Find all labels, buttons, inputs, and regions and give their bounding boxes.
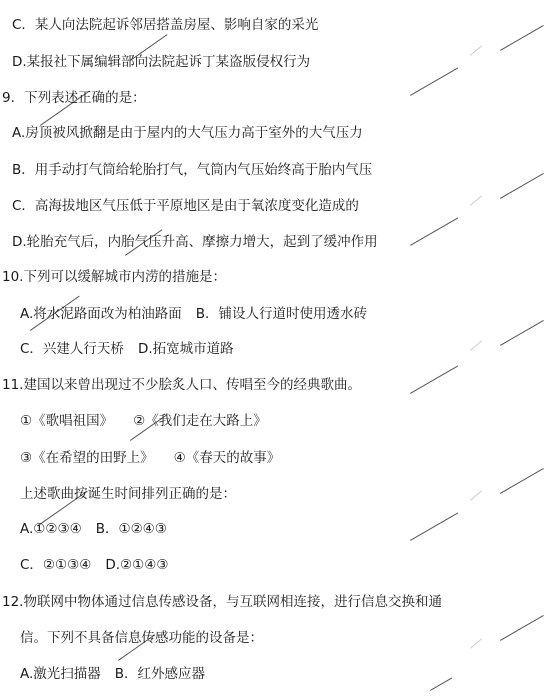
q11-songs-row2: ③《在希望的田野上》④《春天的故事》 [20, 449, 280, 467]
q10-option-c: C．兴建人行天桥 [20, 341, 124, 357]
q11-stem: 11.建国以来曾出现过不少脍炙人口、传唱至今的经典歌曲。 [2, 376, 361, 394]
q8-option-c: C．某人向法院起诉邻居搭盖房屋、影响自家的采光 [12, 16, 318, 34]
q12-option-a: A.激光扫描器 [20, 666, 101, 682]
q11-song-3: ③《在希望的田野上》 [20, 450, 154, 466]
q10-options-ab: A.将水泥路面改为柏油路面B．铺设人行道时使用透水砖 [20, 305, 367, 323]
q11-song-2: ②《我们走在大路上》 [133, 413, 267, 429]
q11-prompt: 上述歌曲按诞生时间排列正确的是： [20, 485, 236, 503]
watermark-stroke [430, 678, 452, 691]
q9-option-b: B．用手动打气筒给轮胎打气，气筒内气压始终高于胎内气压 [12, 161, 372, 179]
q11-option-b: B．①②④③ [96, 521, 167, 537]
q9-stem: 9．下列表述正确的是： [2, 89, 146, 107]
q8-option-d: D.某报社下属编辑部向法院起诉丁某盗版侵权行为 [12, 53, 310, 71]
q11-options-ab: A.①②③④B．①②④③ [20, 520, 167, 538]
watermark-stroke [500, 320, 544, 346]
q9-option-d: D.轮胎充气后，内胎气压升高、摩擦力增大，起到了缓冲作用 [12, 233, 378, 251]
q10-options-cd: C．兴建人行天桥D.拓宽城市道路 [20, 340, 234, 358]
watermark-stroke [410, 513, 458, 541]
q11-songs-row1: ①《歌唱祖国》②《我们走在大路上》 [20, 412, 267, 430]
q11-option-d: D.②①④③ [105, 557, 168, 573]
watermark-stroke [500, 615, 544, 641]
q11-option-c: C．②①③④ [20, 557, 91, 573]
watermark-stroke [410, 68, 458, 96]
watermark-stroke [500, 468, 544, 494]
watermark-stroke [500, 25, 544, 51]
q10-option-b: B．铺设人行道时使用透水砖 [196, 306, 367, 322]
q12-options-ab: A.激光扫描器B．红外感应器 [20, 665, 205, 683]
q11-option-a: A.①②③④ [20, 521, 82, 537]
watermark-stroke [470, 195, 482, 205]
watermark-stroke [470, 490, 482, 500]
q12-stem-line1: 12.物联网中物体通过信息传感设备，与互联网相连接，进行信息交换和通 [2, 593, 442, 611]
q12-stem-line2: 信。下列不具备信息传感功能的设备是： [20, 629, 263, 647]
q10-stem: 10.下列可以缓解城市内涝的措施是： [2, 268, 226, 286]
q10-option-d: D.拓宽城市道路 [138, 341, 234, 357]
watermark-stroke [410, 366, 458, 394]
q11-options-cd: C．②①③④D.②①④③ [20, 556, 168, 574]
watermark-stroke [410, 218, 458, 246]
q9-option-a: A.房顶被风掀翻是由于屋内的大气压力高于室外的大气压力 [12, 124, 363, 142]
watermark-stroke [470, 45, 482, 55]
q12-option-b: B．红外感应器 [115, 666, 205, 682]
q9-option-c: C．高海拔地区气压低于平原地区是由于氧浓度变化造成的 [12, 197, 359, 215]
watermark-stroke [470, 638, 482, 648]
q11-song-4: ④《春天的故事》 [174, 450, 281, 466]
watermark-stroke [500, 173, 544, 199]
watermark-stroke [470, 340, 482, 350]
q11-song-1: ①《歌唱祖国》 [20, 413, 113, 429]
q10-option-a: A.将水泥路面改为柏油路面 [20, 306, 182, 322]
